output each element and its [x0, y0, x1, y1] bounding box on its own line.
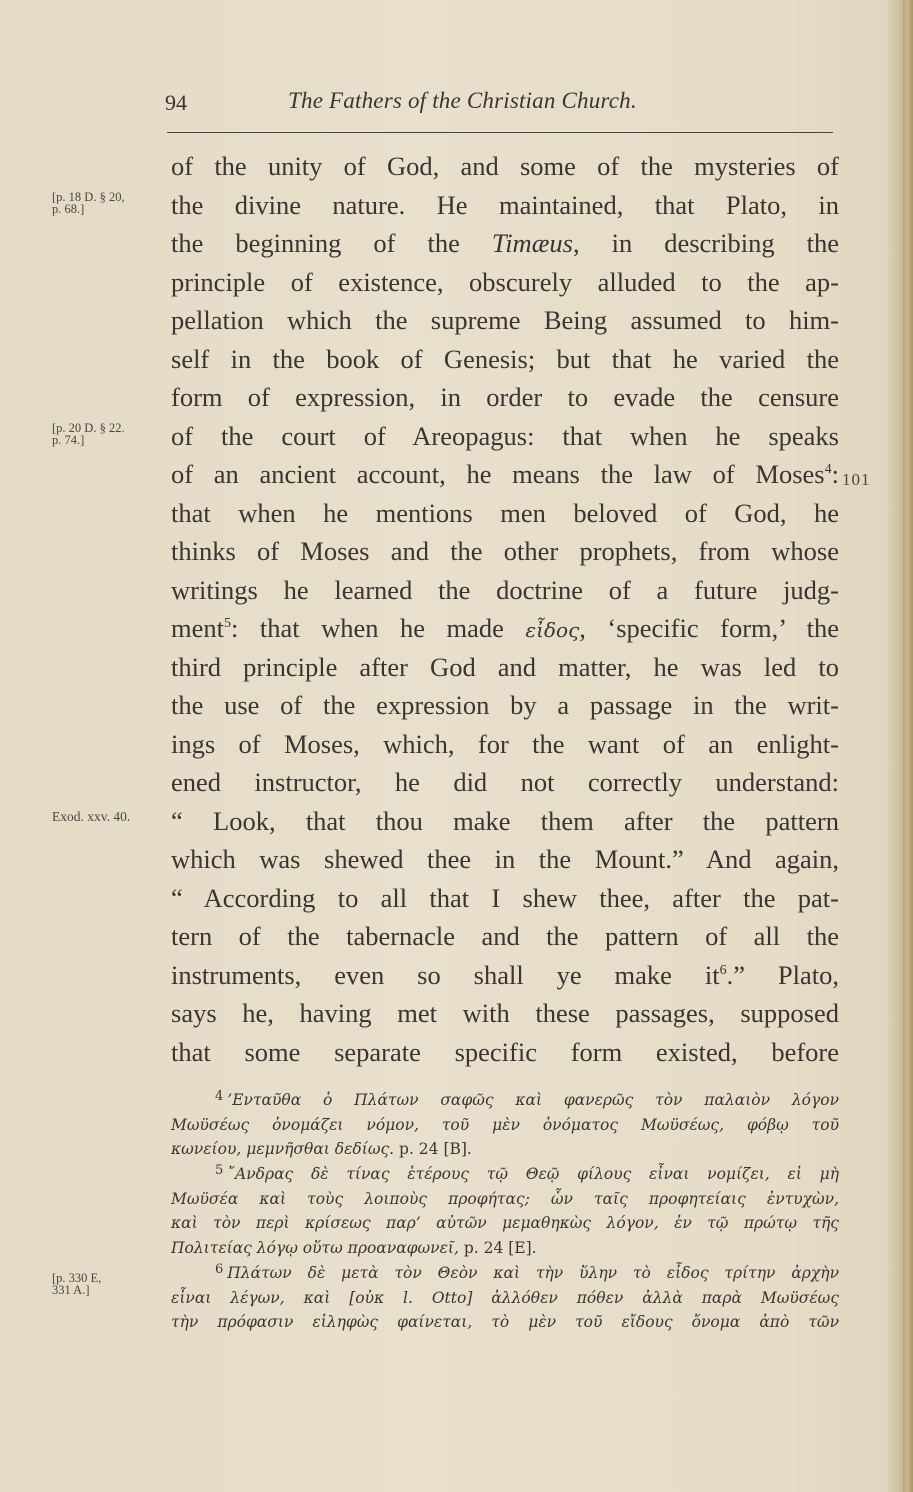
- body-line: of an ancient account, he means the law …: [171, 455, 839, 494]
- text: ’Ενταῦθα ὁ Πλάτων σαφῶς καὶ φανερῶς τὸν …: [227, 1091, 839, 1109]
- body-line: ings of Moses, which, for the want of an…: [171, 725, 839, 764]
- outer-margin-number: 101: [842, 470, 871, 490]
- footnote-ref-page: p. 24 [E].: [459, 1239, 537, 1257]
- body-line: “ According to all that I shew thee, aft…: [171, 879, 839, 918]
- body-line: “ Look, that thou make them after the pa…: [171, 802, 839, 841]
- text: ἀλλόθεν πόθεν ἀλλὰ παρὰ Μωϋσέως: [472, 1289, 839, 1307]
- text: instruments, even so shall ye make it: [171, 960, 720, 990]
- body-line: thinks of Moses and the other prophets, …: [171, 532, 839, 571]
- body-line: instruments, even so shall ye make it6.”…: [171, 956, 839, 995]
- body-line: tern of the tabernacle and the pattern o…: [171, 917, 839, 956]
- footnote-5-line: 5῎Ανδρας δὲ τίνας ἑτέρους τῷ Θεῷ φίλους …: [171, 1162, 839, 1187]
- footnote-number: 4: [215, 1089, 223, 1104]
- text: .” Plato,: [727, 960, 839, 990]
- margin-note-4: [p. 330 E, 331 A.]: [52, 1272, 101, 1296]
- text: the beginning of the: [171, 228, 492, 258]
- text: , ‘specific form,’ the: [579, 613, 839, 643]
- footnote-4-line: κωνείου, μεμνῆσθαι δεδίως. p. 24 [B].: [171, 1137, 839, 1162]
- editorial-bracket: [οὐκ l. Otto]: [349, 1289, 472, 1307]
- text: εἶναι λέγων, καὶ: [171, 1289, 349, 1307]
- running-title: The Fathers of the Christian Church.: [288, 88, 637, 114]
- footnote-6-line: τὴν πρόφασιν εἰληφὼς φαίνεται, τὸ μὲν το…: [171, 1310, 839, 1335]
- body-line: the use of the expression by a passage i…: [171, 686, 839, 725]
- body-line: which was shewed thee in the Mount.” And…: [171, 840, 839, 879]
- footnote-6-line: 6Πλάτων δὲ μετὰ τὸν Θεὸν καὶ τὴν ὕλην τὸ…: [171, 1261, 839, 1286]
- margin-note-1: [p. 18 D. § 20, p. 68.]: [52, 191, 125, 215]
- body-line: self in the book of Genesis; but that he…: [171, 340, 839, 379]
- text: Πολιτείας λόγῳ οὕτω προαναφωνεῖ,: [171, 1239, 459, 1257]
- body-text: of the unity of God, and some of the mys…: [171, 147, 839, 1071]
- text: , in describing the: [573, 228, 839, 258]
- body-line: principle of existence, obscurely allude…: [171, 263, 839, 302]
- body-line: third principle after God and matter, he…: [171, 648, 839, 687]
- footnote-number: 5: [215, 1163, 223, 1178]
- footnote-number: 6: [215, 1262, 223, 1277]
- footnote-5-line: Μωϋσέα καὶ τοὺς λοιποὺς προφήτας; ὧν ταῖ…: [171, 1187, 839, 1212]
- body-line: of the unity of God, and some of the mys…: [171, 147, 839, 186]
- body-line: that some separate specific form existed…: [171, 1033, 839, 1072]
- margin-note-3: Exod. xxv. 40.: [52, 811, 130, 823]
- text: : that when he made: [231, 613, 525, 643]
- footnotes: 4’Ενταῦθα ὁ Πλάτων σαφῶς καὶ φανερῶς τὸν…: [171, 1088, 839, 1335]
- body-line: that when he mentions men beloved of God…: [171, 494, 839, 533]
- footnote-6-line: εἶναι λέγων, καὶ [οὐκ l. Otto] ἀλλόθεν π…: [171, 1286, 839, 1311]
- page-number: 94: [165, 90, 187, 116]
- margin-note-2: [p. 20 D. § 22. p. 74.]: [52, 422, 125, 446]
- body-line: form of expression, in order to evade th…: [171, 378, 839, 417]
- body-line: pellation which the supreme Being assume…: [171, 301, 839, 340]
- page-edge: [903, 0, 913, 1492]
- body-line: says he, having met with these passages,…: [171, 994, 839, 1033]
- body-line: writings he learned the doctrine of a fu…: [171, 571, 839, 610]
- running-header: 94 The Fathers of the Christian Church.: [165, 88, 835, 122]
- text: κωνείου, μεμνῆσθαι δεδίως.: [171, 1140, 394, 1158]
- header-rule: [167, 132, 833, 133]
- margin-note-line: p. 68.]: [52, 203, 125, 215]
- footnote-4-line: Μωϋσέως ὀνομάζει νόμον, τοῦ μὲν ὀνόματος…: [171, 1113, 839, 1138]
- margin-note-line: 331 A.]: [52, 1284, 101, 1296]
- text: Πλάτων δὲ μετὰ τὸν Θεὸν καὶ τὴν ὕλην τὸ …: [227, 1264, 839, 1282]
- margin-note-line: Exod. xxv. 40.: [52, 811, 130, 823]
- body-line: the divine nature. He maintained, that P…: [171, 186, 839, 225]
- body-line: the beginning of the Timæus, in describi…: [171, 224, 839, 263]
- footnote-5-line: καὶ τὸν περὶ κρίσεως παρ’ αὐτῶν μεμαθηκὼ…: [171, 1211, 839, 1236]
- body-line: of the court of Areopagus: that when he …: [171, 417, 839, 456]
- text: ment: [171, 613, 224, 643]
- footnote-5-line: Πολιτείας λόγῳ οὕτω προαναφωνεῖ, p. 24 […: [171, 1236, 839, 1261]
- margin-note-line: p. 74.]: [52, 434, 125, 446]
- body-line: ment5: that when he made εἶδος, ‘specifi…: [171, 609, 839, 648]
- text: :: [832, 459, 839, 489]
- footnote-ref[interactable]: 5: [224, 616, 231, 631]
- greek-word: εἶδος: [525, 618, 579, 642]
- footnote-4-line: 4’Ενταῦθα ὁ Πλάτων σαφῶς καὶ φανερῶς τὸν…: [171, 1088, 839, 1113]
- body-line: ened instructor, he did not correctly un…: [171, 763, 839, 802]
- italic-title: Timæus: [492, 228, 573, 258]
- footnote-ref[interactable]: 4: [825, 462, 832, 477]
- book-page: 94 The Fathers of the Christian Church. …: [0, 0, 913, 1492]
- footnote-ref-page: p. 24 [B].: [394, 1140, 472, 1158]
- text: ῎Ανδρας δὲ τίνας ἑτέρους τῷ Θεῷ φίλους ε…: [227, 1165, 839, 1183]
- footnote-ref[interactable]: 6: [720, 963, 727, 978]
- text: of an ancient account, he means the law …: [171, 459, 825, 489]
